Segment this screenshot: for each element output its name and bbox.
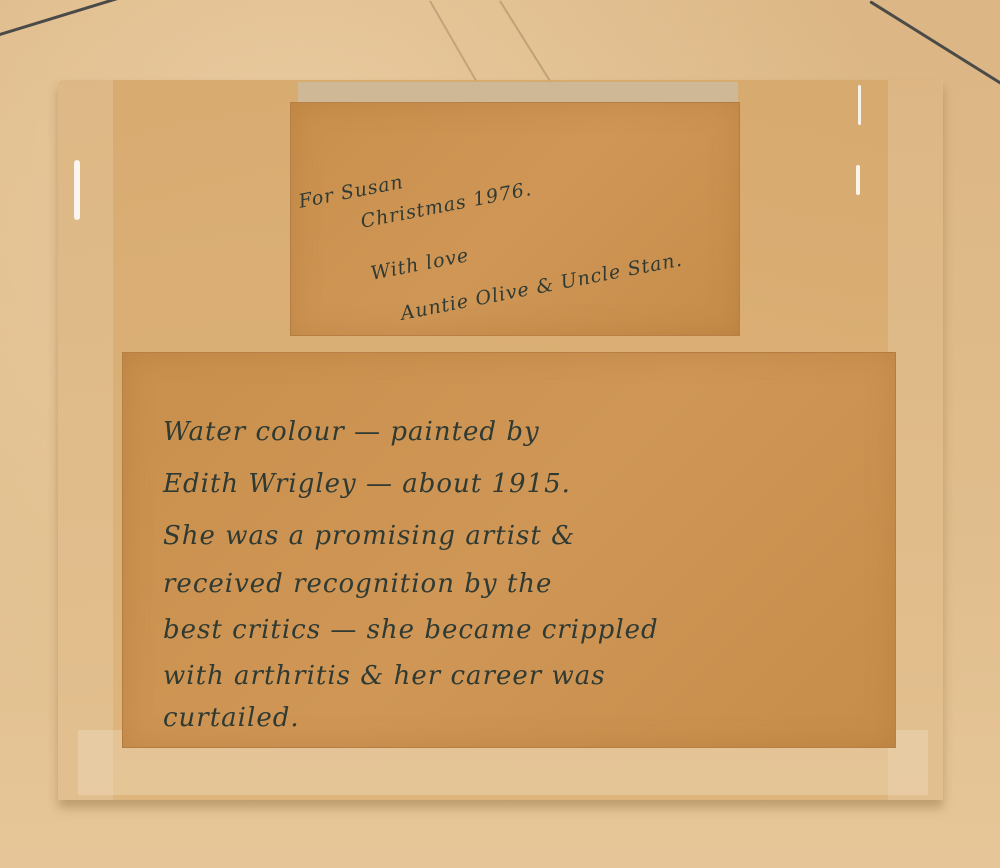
- tape-strip-left: [58, 80, 113, 800]
- note-line: With love: [369, 244, 471, 285]
- note-line: Water colour — painted by: [163, 417, 540, 447]
- note-line: She was a promising artist &: [163, 521, 575, 551]
- artist-description-label: Water colour — painted by Edith Wrigley …: [122, 352, 896, 748]
- note-line: received recognition by the: [163, 569, 552, 599]
- note-line: Edith Wrigley — about 1915.: [163, 469, 571, 499]
- tape-glare: [856, 165, 860, 195]
- tape-glare: [858, 85, 861, 125]
- tape-strip-right: [888, 80, 943, 800]
- note-line: best critics — she became crippled: [163, 615, 659, 645]
- gift-note-label: For Susan Christmas 1976. With love Aunt…: [290, 102, 740, 336]
- note-line: curtailed.: [163, 703, 300, 733]
- tape-glare: [74, 160, 80, 220]
- note-line: with arthritis & her career was: [163, 661, 606, 691]
